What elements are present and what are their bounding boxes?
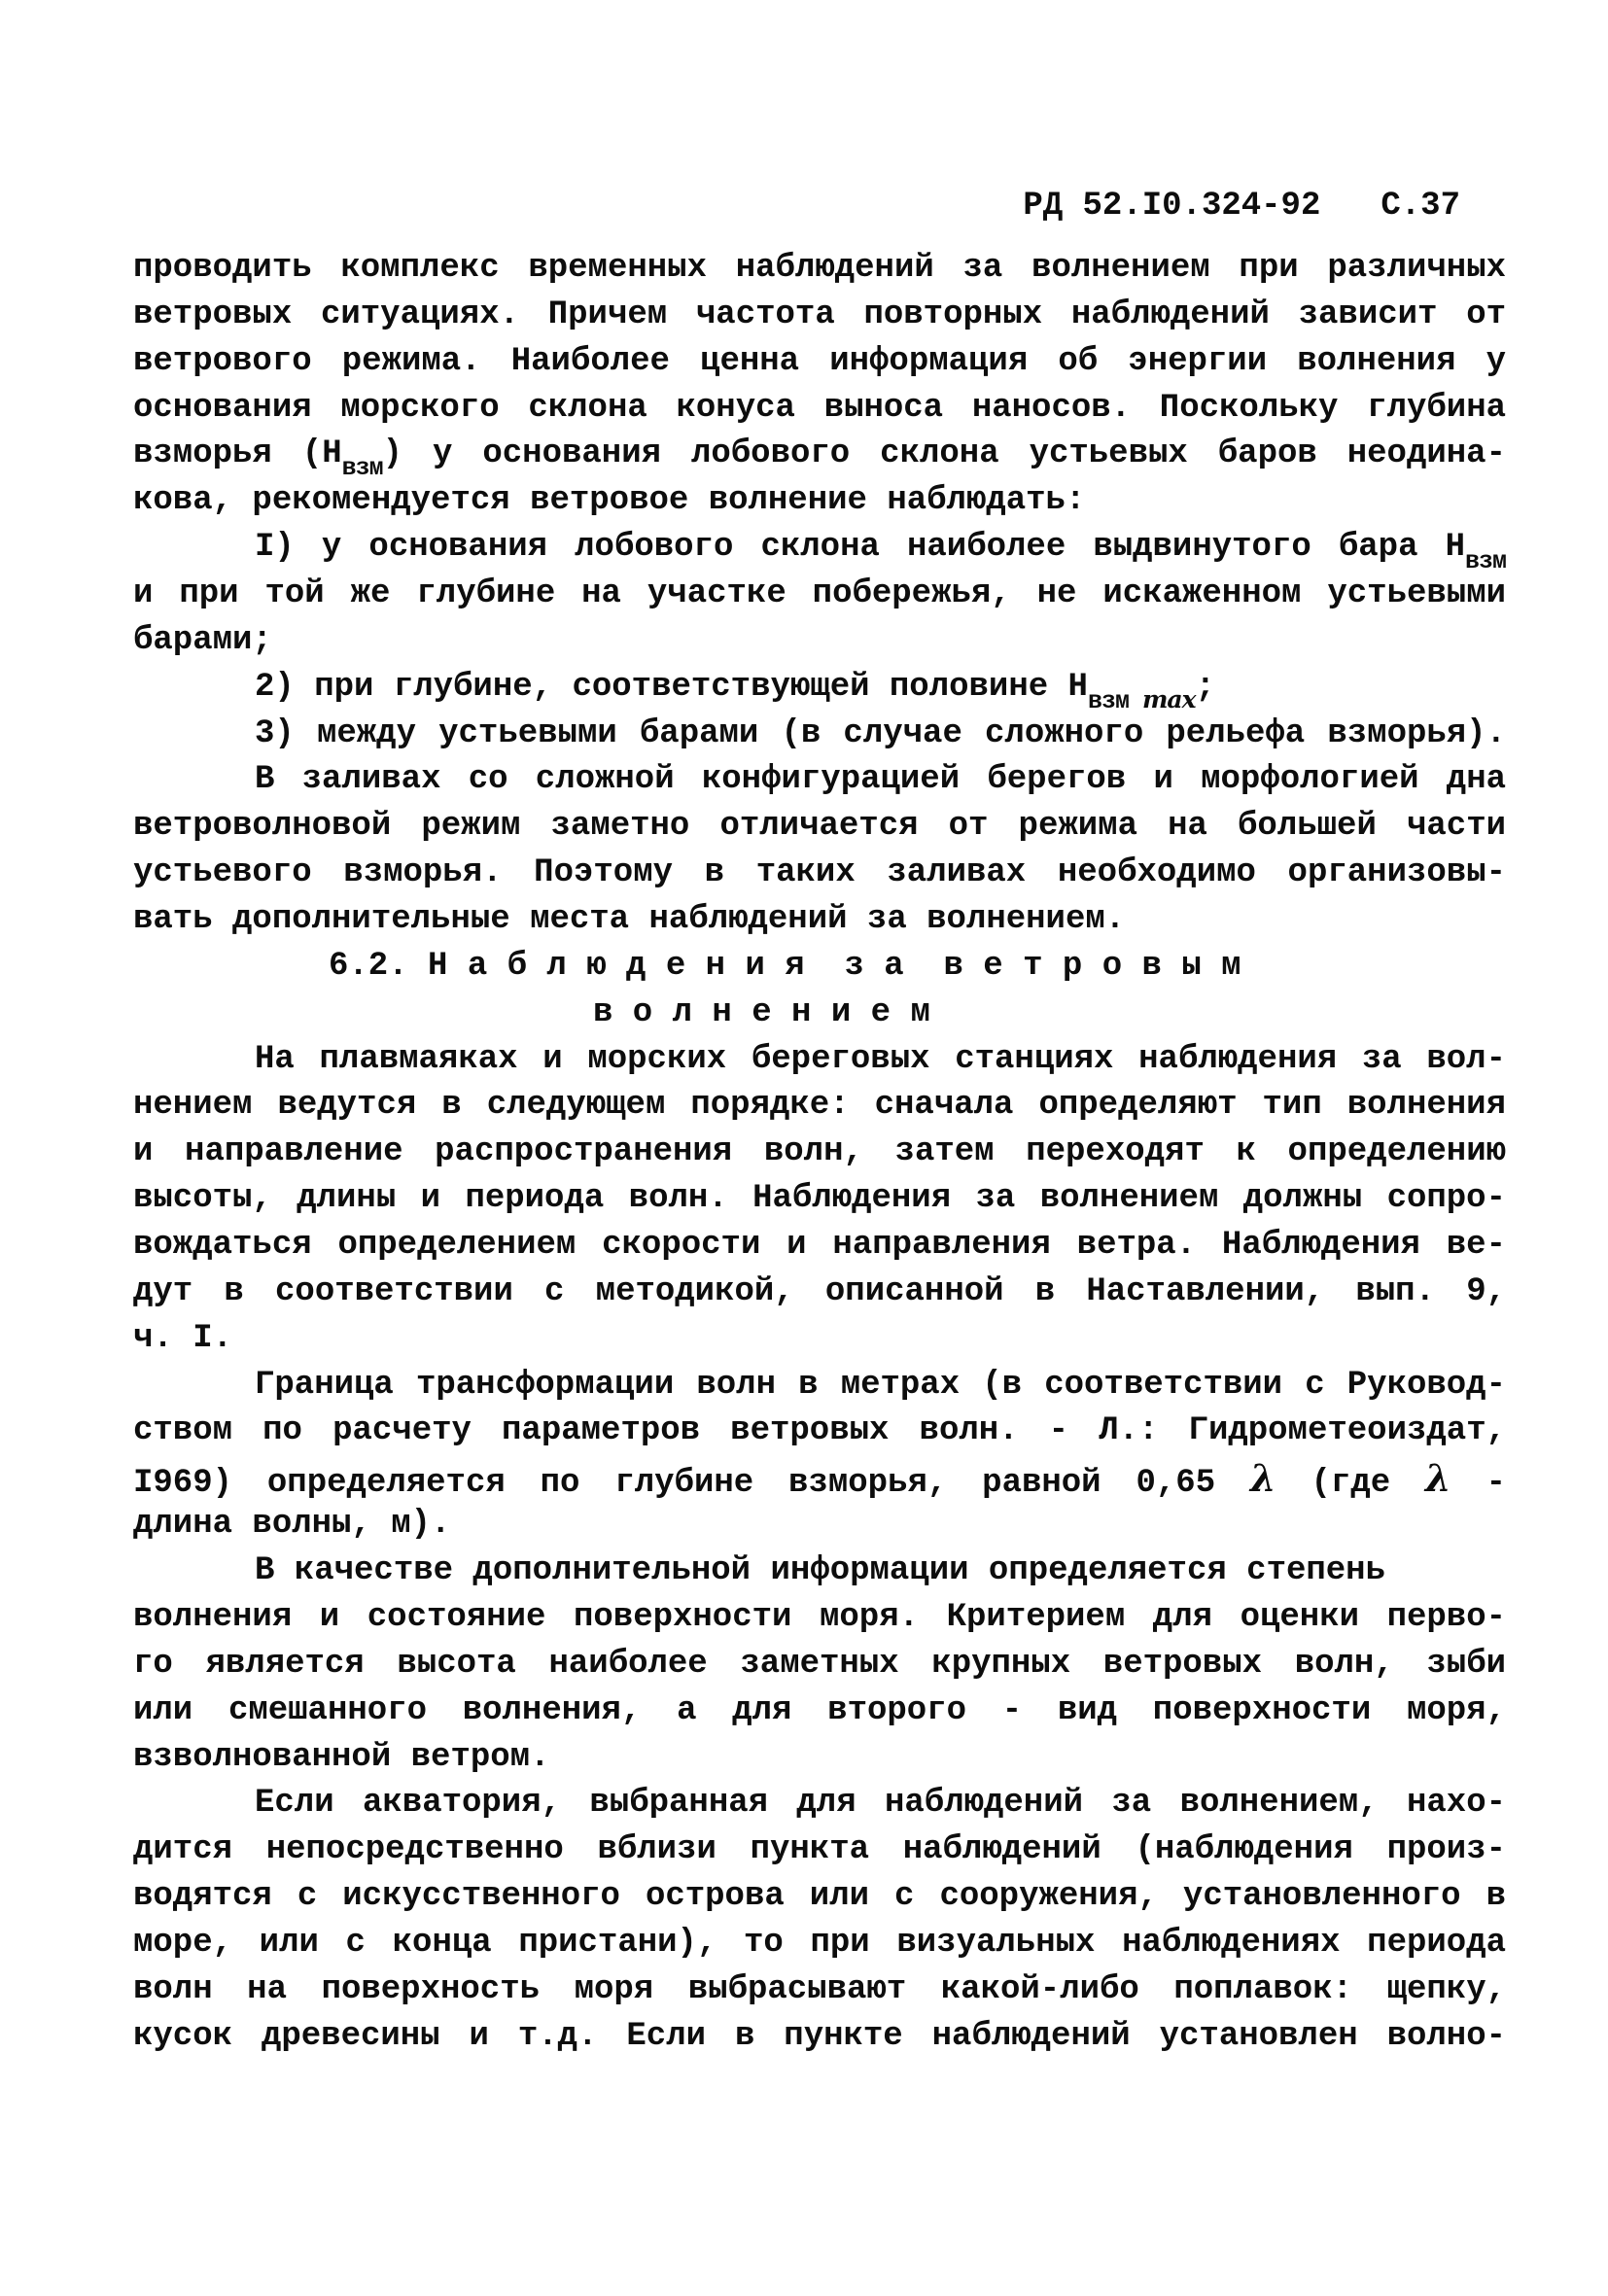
- body-text: вождаться определением скорости и направ…: [133, 1227, 1506, 1264]
- body-text: ч. I.: [133, 1320, 232, 1357]
- text-line: 3) между устьевыми барами (в случае слож…: [133, 712, 1506, 758]
- text-line: волнения и состояние поверхности моря. К…: [133, 1595, 1506, 1642]
- text-line: ветровых ситуациях. Причем частота повто…: [133, 293, 1506, 339]
- lambda-symbol: λ: [1425, 1456, 1451, 1500]
- text-line: ством по расчету параметров ветровых вол…: [133, 1409, 1506, 1455]
- subscript-text: max: [1142, 685, 1196, 713]
- body-text: го является высота наиболее заметных кру…: [133, 1646, 1506, 1683]
- text-line: дут в соответствии с методикой, описанно…: [133, 1270, 1506, 1316]
- body-text: в о л н е н и е м: [593, 994, 930, 1031]
- text-line: высоты, длины и периода волн. Наблюдения…: [133, 1176, 1506, 1223]
- body-text: барами;: [133, 622, 272, 659]
- text-line: Граница трансформации волн в метрах (в с…: [133, 1363, 1506, 1409]
- text-line: взморья (Нвзм) у основания лобового скло…: [133, 432, 1506, 478]
- body-text: устьевого взморья. Поэтому в таких залив…: [133, 854, 1506, 891]
- body-text: нением ведутся в следующем порядке: снач…: [133, 1087, 1506, 1124]
- text-line: Если акватория, выбранная для наблюдений…: [133, 1781, 1506, 1827]
- text-line: взволнованной ветром.: [133, 1735, 1506, 1782]
- text-line: длина волны, м).: [133, 1502, 1506, 1548]
- body-text: волнения и состояние поверхности моря. К…: [133, 1599, 1506, 1636]
- text-line: вать дополнительные места наблюдений за …: [133, 897, 1506, 944]
- body-text: ветроволновой режим заметно отличается о…: [133, 808, 1506, 845]
- text-line: и при той же глубине на участке побережь…: [133, 572, 1506, 618]
- section-heading-line: 6.2. Н а б л ю д е н и я з а в е т р о в…: [133, 944, 1506, 991]
- body-text: основания морского склона конуса выноса …: [133, 390, 1506, 427]
- body-text: -: [1451, 1465, 1506, 1502]
- body-text: I) у основания лобового склона наиболее …: [255, 529, 1465, 566]
- text-line: ветроволновой режим заметно отличается о…: [133, 804, 1506, 851]
- body-text: взволнованной ветром.: [133, 1739, 549, 1776]
- body-text: дут в соответствии с методикой, описанно…: [133, 1273, 1506, 1310]
- body-text: (где: [1276, 1465, 1425, 1502]
- body-text: волн на поверхность моря выбрасывают как…: [133, 1971, 1506, 2008]
- body-text: I969) определяется по глубине взморья, р…: [133, 1465, 1250, 1502]
- body-text: Если акватория, выбранная для наблюдений…: [255, 1785, 1506, 1822]
- body-text: 6.2. Н а б л ю д е н и я з а в е т р о в…: [329, 948, 1241, 985]
- body-text: ветровых ситуациях. Причем частота повто…: [133, 296, 1506, 333]
- text-line: барами;: [133, 618, 1506, 665]
- body-text: или смешанного волнения, а для второго -…: [133, 1692, 1506, 1729]
- text-line: В качестве дополнительной информации опр…: [133, 1548, 1506, 1595]
- text-line: го является высота наиболее заметных кру…: [133, 1642, 1506, 1688]
- doc-number: РД 52.I0.324-92: [1023, 188, 1320, 225]
- text-line: На плавмаяках и морских береговых станци…: [133, 1037, 1506, 1084]
- text-line: и направление распространения волн, зате…: [133, 1130, 1506, 1176]
- text-line: кусок древесины и т.д. Если в пункте наб…: [133, 2014, 1506, 2061]
- text-line: I) у основания лобового склона наиболее …: [133, 525, 1506, 572]
- body-text: проводить комплекс временных наблюдений …: [133, 250, 1506, 287]
- body-text: и направление распространения волн, зате…: [133, 1133, 1506, 1170]
- body-text: В заливах со сложной конфигурацией берег…: [255, 761, 1506, 798]
- body-text: высоты, длины и периода волн. Наблюдения…: [133, 1180, 1506, 1217]
- text-line: ч. I.: [133, 1316, 1506, 1363]
- body-text: ;: [1196, 669, 1215, 706]
- body-text: водятся с искусственного острова или с с…: [133, 1878, 1506, 1915]
- text-line: или смешанного волнения, а для второго -…: [133, 1688, 1506, 1735]
- text-line: нением ведутся в следующем порядке: снач…: [133, 1083, 1506, 1130]
- body-text: ) у основания лобового склона устьевых б…: [383, 435, 1506, 472]
- body-text: кова, рекомендуется ветровое волнение на…: [133, 482, 1085, 519]
- text-line: В заливах со сложной конфигурацией берег…: [133, 757, 1506, 804]
- text-line: дится непосредственно вблизи пункта набл…: [133, 1827, 1506, 1874]
- body-text: взморья (Н: [133, 435, 342, 472]
- body-text: и при той же глубине на участке побережь…: [133, 575, 1506, 612]
- body-text: ветрового режима. Наиболее ценна информа…: [133, 343, 1506, 380]
- text-line: кова, рекомендуется ветровое волнение на…: [133, 478, 1506, 525]
- body-text: На плавмаяках и морских береговых станци…: [255, 1041, 1506, 1078]
- page-header: РД 52.I0.324-92С.37: [1023, 185, 1460, 227]
- body-text: длина волны, м).: [133, 1506, 450, 1543]
- text-line: вождаться определением скорости и направ…: [133, 1223, 1506, 1270]
- section-heading-line: в о л н е н и е м: [133, 991, 1506, 1037]
- text-line: устьевого взморья. Поэтому в таких залив…: [133, 851, 1506, 897]
- document-page: РД 52.I0.324-92С.37 проводить комплекс в…: [0, 0, 1608, 2296]
- body-text: 3) между устьевыми барами (в случае слож…: [255, 715, 1506, 752]
- body-text: Граница трансформации волн в метрах (в с…: [255, 1367, 1506, 1404]
- lambda-symbol: λ: [1250, 1456, 1276, 1500]
- body-text: В качестве дополнительной информации опр…: [255, 1552, 1385, 1589]
- text-block: проводить комплекс временных наблюдений …: [133, 246, 1506, 2061]
- page-number: С.37: [1381, 188, 1460, 225]
- body-text: море, или с конца пристани), то при визу…: [133, 1925, 1506, 1962]
- text-line: море, или с конца пристани), то при визу…: [133, 1921, 1506, 1967]
- body-text: вать дополнительные места наблюдений за …: [133, 901, 1125, 938]
- text-line: проводить комплекс временных наблюдений …: [133, 246, 1506, 293]
- body-text: ством по расчету параметров ветровых вол…: [133, 1412, 1506, 1449]
- text-line: ветрового режима. Наиболее ценна информа…: [133, 339, 1506, 386]
- text-line: водятся с искусственного острова или с с…: [133, 1874, 1506, 1921]
- body-text: дится непосредственно вблизи пункта набл…: [133, 1831, 1506, 1868]
- body-text: 2) при глубине, соответствующей половине…: [255, 669, 1088, 706]
- text-line: I969) определяется по глубине взморья, р…: [133, 1455, 1506, 1502]
- text-line: волн на поверхность моря выбрасывают как…: [133, 1967, 1506, 2014]
- text-line: 2) при глубине, соответствующей половине…: [133, 665, 1506, 712]
- text-line: основания морского склона конуса выноса …: [133, 386, 1506, 433]
- body-text: кусок древесины и т.д. Если в пункте наб…: [133, 2018, 1506, 2055]
